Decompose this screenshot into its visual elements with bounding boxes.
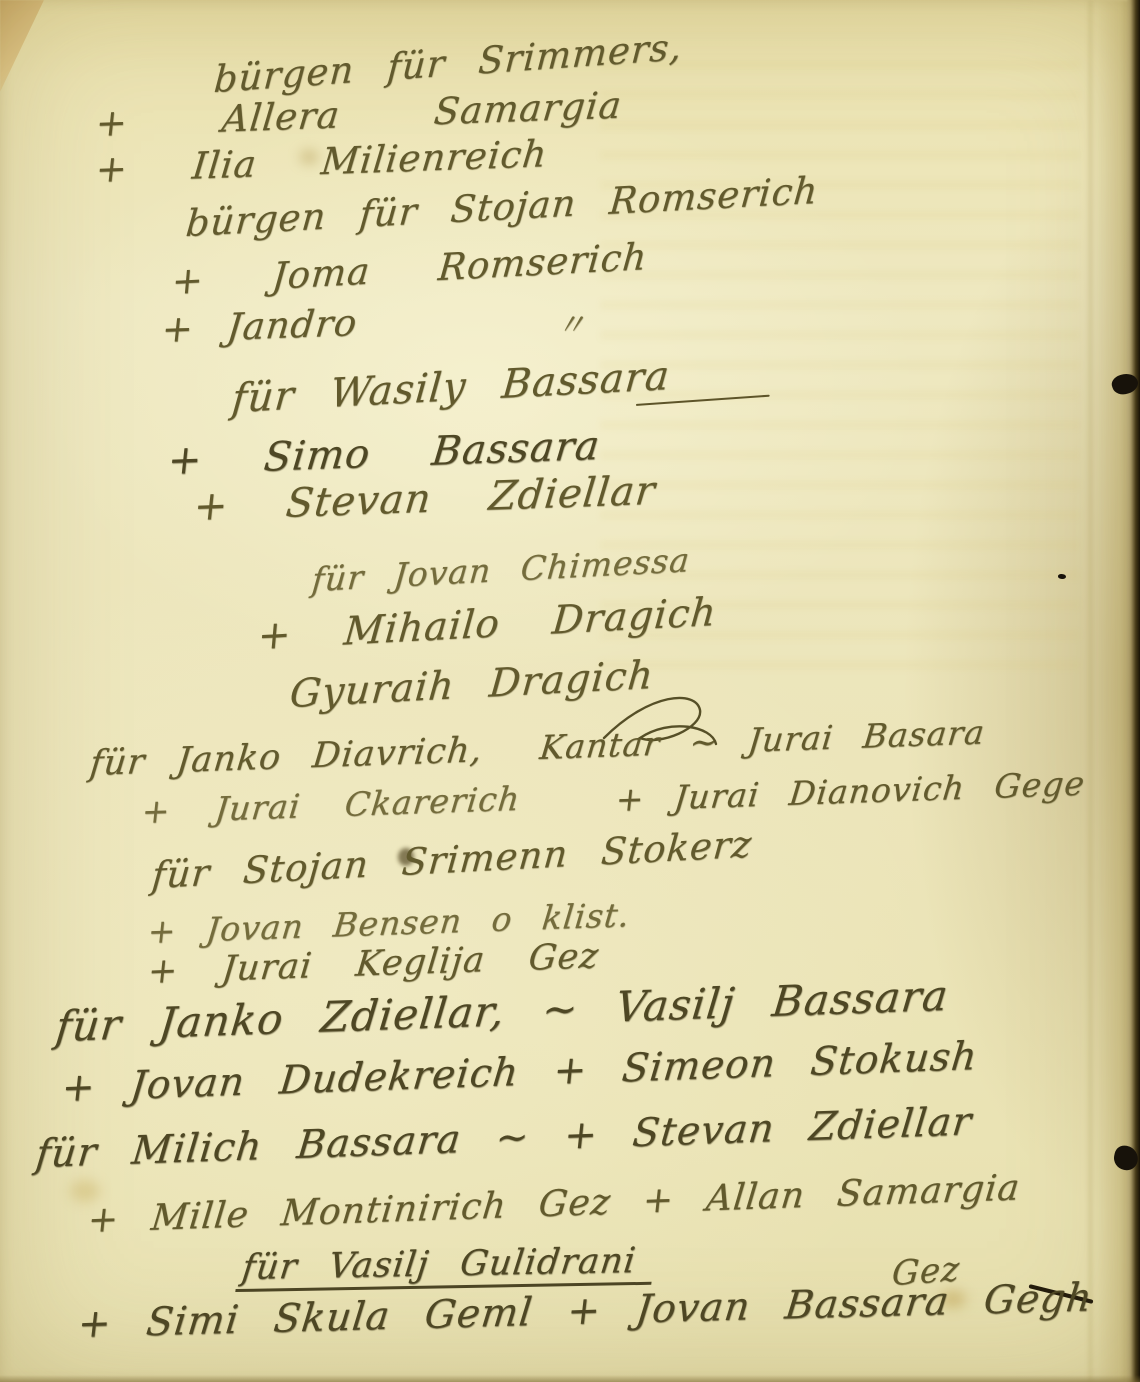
handwritten-line: + Simi Skula Geml + Jovan Bassara Gegh — [75, 1275, 1095, 1347]
binding-stitch — [1110, 370, 1140, 397]
page-bottom-edge — [0, 1375, 1140, 1382]
handwritten-line: für Stojan Srimenn Stokerz — [150, 822, 754, 897]
binding-edge — [1126, 0, 1140, 1382]
handwritten-line: für Janko Diavrich, — [88, 730, 485, 784]
paper-stain — [70, 1180, 100, 1202]
handwritten-line: für Milich Bassara ~ + Stevan Zdiellar — [34, 1099, 975, 1177]
ditto-mark: 〃 — [556, 300, 587, 344]
page-crease — [1089, 0, 1092, 1382]
manuscript-photo: { "document": { "kind": "handwritten-man… — [0, 0, 1140, 1382]
handwritten-line: + Joma Romserich — [170, 235, 649, 303]
handwritten-line: für Wasily Bassara — [230, 353, 672, 422]
corner-fold — [0, 0, 44, 92]
binding-stitch — [1112, 1144, 1140, 1172]
handwritten-line: + Mihailo Dragich — [256, 590, 719, 659]
handwritten-line: + Jurai Dianovich Gege — [614, 764, 1087, 820]
handwritten-line: Gyuraih Dragich — [288, 653, 656, 717]
handwritten-line: + Jandro — [160, 301, 360, 351]
handwritten-line: für Jovan Chimessa — [310, 540, 692, 599]
manuscript-page: bürgen für Srimmers, + Allera Samargia +… — [0, 0, 1140, 1382]
ink-bleedthrough-texture — [600, 60, 1080, 680]
handwritten-line: + Jurai Ckarerich — [140, 779, 522, 831]
handwritten-line-underlined: für Vasilj Gulidrani — [235, 1241, 656, 1292]
paper-speck — [1058, 574, 1066, 579]
page-edge-shading — [1094, 0, 1128, 1382]
handwritten-line: Kantar ~ Jurai Basara — [538, 712, 987, 767]
handwritten-line: + Mille Montinirich Gez + Allan Samargia — [86, 1167, 1022, 1241]
